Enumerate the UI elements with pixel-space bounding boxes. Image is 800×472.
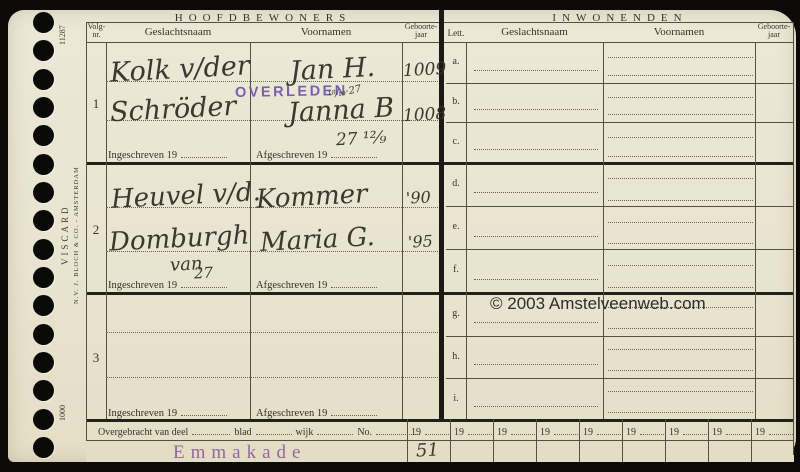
- punch-hole: [33, 182, 54, 203]
- entry-line: [474, 406, 598, 407]
- blank-line: [331, 146, 377, 158]
- handwritten-surname: Heuvel v/d.: [110, 177, 261, 215]
- punch-hole-strip: [33, 12, 55, 458]
- manufacturer-imprint: VISCARD N.V. J. BLOCH & CO. - AMSTERDAM: [60, 150, 80, 320]
- footer-cell-line: [493, 419, 494, 462]
- lodger-row-letter: g.: [446, 308, 466, 319]
- blank-line: [597, 423, 621, 435]
- blank-line: [181, 276, 227, 288]
- lodger-row-letter: a.: [446, 56, 466, 67]
- street-name-stamp: Emmakade: [173, 442, 306, 464]
- handwritten-birth-year: 1008: [403, 104, 447, 126]
- entry-line: [474, 279, 598, 280]
- entry-line: [608, 156, 753, 157]
- footer-cell-line: [751, 419, 752, 462]
- lodger-row-letter: b.: [446, 96, 466, 107]
- year-cell: 19: [454, 423, 492, 438]
- punch-hole: [33, 69, 54, 90]
- grid-line: [793, 22, 794, 455]
- entry-line: [608, 328, 753, 329]
- row-line: [446, 249, 794, 250]
- lodger-row-letter: c.: [446, 136, 466, 147]
- handwritten-given-name: Janna B: [287, 92, 395, 129]
- row-line: [446, 83, 794, 84]
- blank-line: [331, 404, 377, 416]
- footer-cell-line: [536, 419, 537, 462]
- year-cell: 19: [712, 423, 750, 438]
- blank-line: [554, 423, 578, 435]
- row-line: [446, 336, 794, 337]
- blank-line: [256, 423, 292, 435]
- entry-line: [608, 97, 753, 98]
- punch-hole: [33, 267, 54, 288]
- entry-line: [608, 222, 753, 223]
- footer-cell-line: [622, 419, 623, 462]
- ingeschreven-field: Ingeschreven 19: [108, 146, 227, 161]
- entry-line: [106, 332, 438, 333]
- entry-line: [608, 243, 753, 244]
- card-serial-top: 11287: [58, 12, 67, 58]
- grid-line: [755, 42, 756, 419]
- grid-line: [402, 42, 403, 419]
- column-header-lett: Lett.: [446, 28, 466, 38]
- entry-line: [474, 70, 598, 71]
- lodger-row-letter: h.: [446, 351, 466, 362]
- punch-hole: [33, 295, 54, 316]
- column-header-geboortejaar: Geboorte- jaar: [402, 23, 440, 39]
- blank-line: [726, 423, 750, 435]
- ingeschreven-field: Ingeschreven 19: [108, 276, 227, 291]
- blank-line: [181, 146, 227, 158]
- grid-line: [106, 42, 107, 419]
- card-serial-bottom: 1000: [58, 392, 67, 434]
- afgeschreven-field: Afgeschreven 19: [256, 276, 377, 291]
- blank-line: [181, 404, 227, 416]
- brand-company: N.V. J. BLOCH & CO. - AMSTERDAM: [73, 150, 80, 320]
- year-cell: 19: [583, 423, 621, 438]
- year-cell: 19: [497, 423, 535, 438]
- row-number: 1: [86, 96, 106, 112]
- footer-cell-line: [665, 419, 666, 462]
- transfer-field: Overgebracht van deel blad wijk No.: [98, 423, 420, 438]
- blank-line: [331, 276, 377, 288]
- entry-line: [608, 137, 753, 138]
- entry-line: [608, 412, 753, 413]
- blank-line: [511, 423, 535, 435]
- entry-line: [608, 370, 753, 371]
- copyright-watermark: © 2003 Amstelveenweb.com: [490, 294, 706, 314]
- handwritten-birth-year: '95: [408, 231, 434, 251]
- entry-line: [608, 391, 753, 392]
- punch-hole: [33, 352, 54, 373]
- brand-name: VISCARD: [60, 150, 70, 320]
- footer-cell-line: [579, 419, 580, 462]
- punch-hole: [33, 437, 54, 458]
- blank-line: [640, 423, 664, 435]
- entry-line: [608, 178, 753, 179]
- row-number: 3: [86, 350, 106, 366]
- column-header-geslachtsnaam: Geslachtsnaam: [106, 26, 250, 38]
- row-number: 2: [86, 222, 106, 238]
- row-line: [446, 206, 794, 207]
- year-cell: 19: [669, 423, 707, 438]
- entry-line: [608, 265, 753, 266]
- lodger-row-letter: d.: [446, 178, 466, 189]
- year-cell: 19: [540, 423, 578, 438]
- lodger-row-letter: i.: [446, 393, 466, 404]
- register-card: 11287 1000 VISCARD N.V. J. BLOCH & CO. -…: [8, 10, 796, 462]
- year-cell: 19: [626, 423, 664, 438]
- entry-line: [106, 377, 438, 378]
- scanned-register-card-photo: 11287 1000 VISCARD N.V. J. BLOCH & CO. -…: [0, 0, 800, 472]
- grid-line: [466, 42, 467, 419]
- entry-line: [608, 200, 753, 201]
- entry-line: [608, 75, 753, 76]
- table-bottom-line: [86, 419, 794, 422]
- entry-line: [474, 322, 598, 323]
- column-header-voornamen: Voornamen: [250, 26, 402, 38]
- punch-hole: [33, 409, 54, 430]
- ingeschreven-field: Ingeschreven 19: [108, 404, 227, 419]
- column-header-volgnr: Volg- nr.: [87, 23, 106, 39]
- handwritten-house-number: 51: [415, 439, 439, 461]
- handwritten-given-name: Kommer: [255, 179, 368, 215]
- footer-cell-line: [708, 419, 709, 462]
- column-header-geslachtsnaam: Geslachtsnaam: [466, 26, 603, 38]
- footer-cell-line: [450, 419, 451, 462]
- year-cell: 19: [411, 423, 449, 438]
- handwritten-birth-year: '90: [406, 187, 432, 207]
- punch-hole: [33, 154, 54, 175]
- blank-line: [769, 423, 793, 435]
- column-header-geboortejaar: Geboorte- jaar: [755, 23, 793, 39]
- punch-hole: [33, 40, 54, 61]
- year-cell: 19: [755, 423, 793, 438]
- entry-line: [474, 364, 598, 365]
- blank-line: [468, 423, 492, 435]
- handwritten-given-name: Jan H.: [289, 52, 376, 87]
- afgeschreven-field: Afgeschreven 19: [256, 404, 377, 419]
- grid-line: [603, 42, 604, 419]
- entry-line: [474, 109, 598, 110]
- punch-hole: [33, 125, 54, 146]
- entry-line: [474, 149, 598, 150]
- row-line: [446, 378, 794, 379]
- entry-line: [474, 192, 598, 193]
- entry-line: [608, 287, 753, 288]
- handwritten-birth-year: 1009: [403, 59, 447, 81]
- punch-hole: [33, 324, 54, 345]
- entry-line: [608, 349, 753, 350]
- handwritten-surname: Kolk v/der: [109, 50, 250, 88]
- punch-hole: [33, 97, 54, 118]
- column-header-voornamen: Voornamen: [603, 26, 755, 38]
- grid-line: [86, 440, 794, 441]
- punch-hole: [33, 239, 54, 260]
- handwritten-given-name: Maria G.: [259, 222, 375, 258]
- entry-line: [474, 236, 598, 237]
- blank-line: [425, 423, 449, 435]
- blank-line: [192, 423, 230, 435]
- lodger-row-letter: e.: [446, 221, 466, 232]
- blank-line: [317, 423, 353, 435]
- handwritten-surname: Domburgh: [108, 220, 250, 257]
- row-line: [446, 122, 794, 123]
- lodger-row-letter: f.: [446, 264, 466, 275]
- entry-line: [608, 114, 753, 115]
- blank-line: [683, 423, 707, 435]
- punch-hole: [33, 12, 54, 33]
- afgeschreven-field: Afgeschreven 19: [256, 146, 377, 161]
- handwritten-surname: Schröder: [109, 91, 237, 129]
- entry-line: [608, 57, 753, 58]
- punch-hole: [33, 210, 54, 231]
- punch-hole: [33, 380, 54, 401]
